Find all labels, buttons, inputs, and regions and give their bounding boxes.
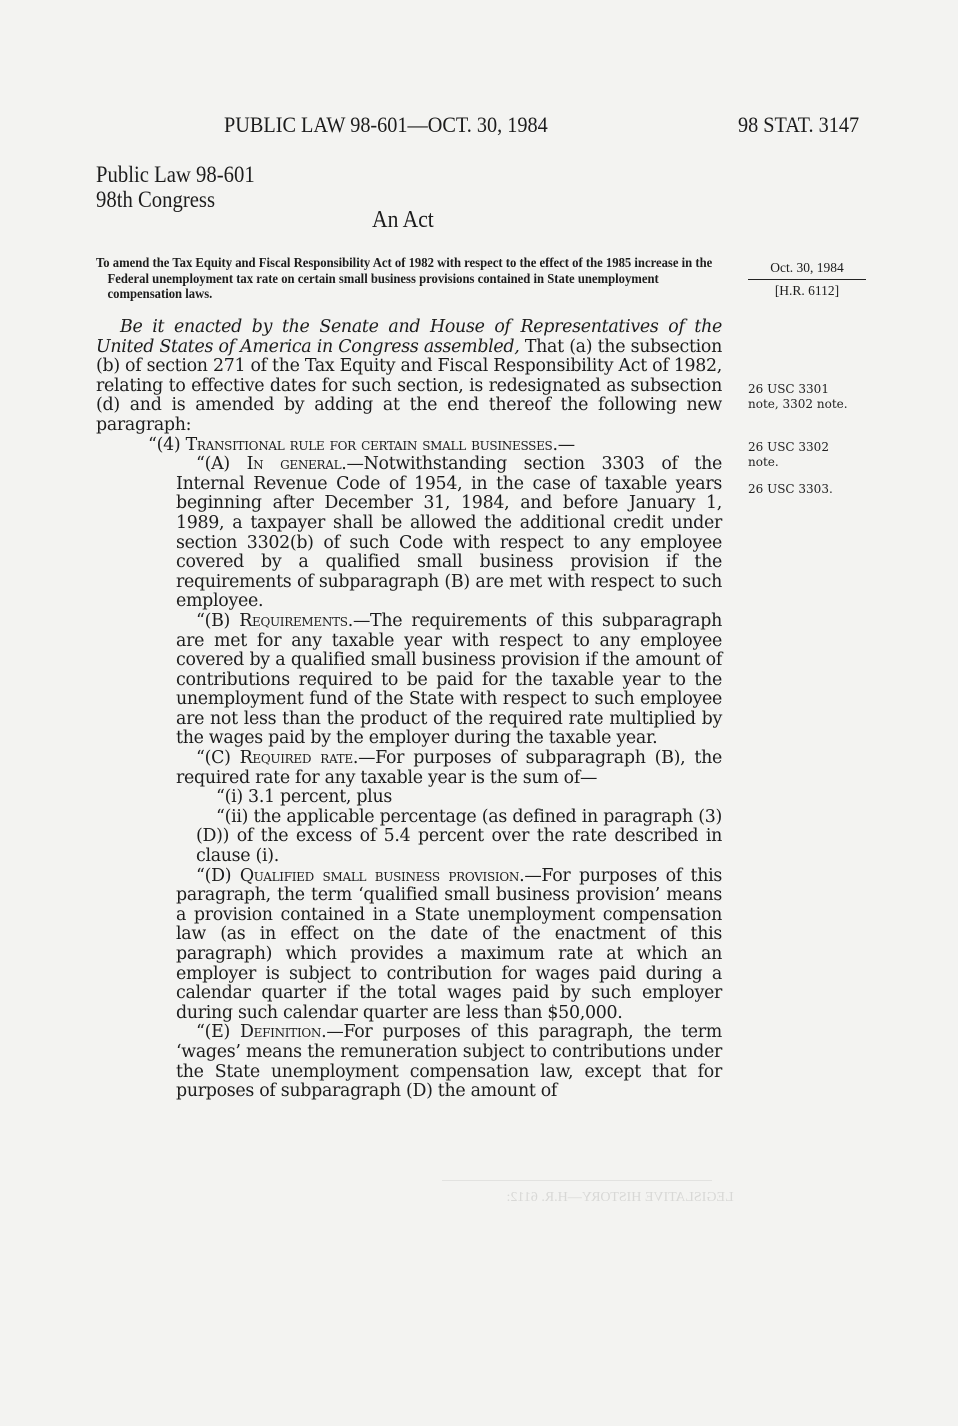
enactment-date-box: Oct. 30, 1984 [H.R. 6112] bbox=[748, 260, 866, 299]
bill-number: [H.R. 6112] bbox=[748, 280, 866, 299]
subparagraph-c: “(C) Required rate.—For purposes of subp… bbox=[176, 749, 722, 788]
subparagraphs: “(A) In general.—Notwithstanding section… bbox=[96, 455, 722, 1102]
running-head: PUBLIC LAW 98-601—OCT. 30, 1984 bbox=[224, 112, 548, 138]
subparagraph-d: “(D) Qualified small business provision.… bbox=[176, 867, 722, 1024]
margin-note-usc-3303: 26 USC 3303. bbox=[748, 482, 833, 497]
clause-i: “(i) 3.1 percent, plus bbox=[176, 788, 722, 808]
subparagraph-a-heading: In general. bbox=[247, 454, 347, 474]
paragraph-4: “(4) Transitional rule for certain small… bbox=[96, 436, 722, 456]
subparagraph-e-heading: Definition. bbox=[240, 1022, 326, 1042]
act-title: An Act bbox=[372, 207, 434, 234]
subparagraph-b-heading: Requirements. bbox=[239, 611, 353, 631]
bleed-through-rule bbox=[442, 1180, 712, 1181]
subparagraph-d-heading: Qualified small business provision. bbox=[240, 866, 525, 886]
law-number: Public Law 98-601 bbox=[96, 162, 255, 187]
margin-note-usc-3301: 26 USC 3301 note, 3302 note. bbox=[748, 382, 848, 412]
statute-reference: 98 STAT. 3147 bbox=[738, 112, 859, 138]
purpose-statement: To amend the Tax Equity and Fiscal Respo… bbox=[96, 255, 722, 302]
margin-note-usc-3302: 26 USC 3302 note. bbox=[748, 440, 829, 470]
clause-ii: “(ii) the applicable percentage (as defi… bbox=[176, 808, 722, 867]
subparagraph-a: “(A) In general.—Notwithstanding section… bbox=[176, 455, 722, 612]
paragraph-4-heading: Transitional rule for certain small busi… bbox=[186, 435, 558, 455]
enactment-date: Oct. 30, 1984 bbox=[748, 260, 866, 280]
subparagraph-e: “(E) Definition.—For purposes of this pa… bbox=[176, 1023, 722, 1101]
law-identifier: Public Law 98-601 98th Congress bbox=[96, 162, 255, 212]
law-body: Be it enacted by the Senate and House of… bbox=[96, 318, 722, 1102]
congress-number: 98th Congress bbox=[96, 187, 255, 212]
enacting-paragraph: Be it enacted by the Senate and House of… bbox=[96, 318, 722, 436]
bleed-through-text: LEGISLATIVE HISTORY—H.R. 6112: bbox=[440, 1190, 800, 1206]
subparagraph-c-heading: Required rate. bbox=[240, 748, 358, 768]
subparagraph-b: “(B) Requirements.—The requirements of t… bbox=[176, 612, 722, 749]
